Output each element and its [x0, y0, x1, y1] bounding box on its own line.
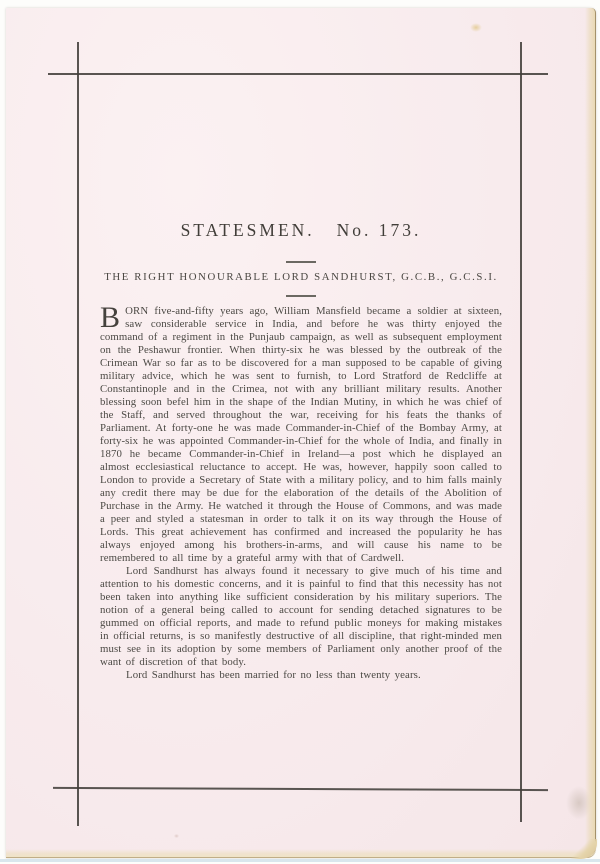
scanned-sheet: STATESMEN.No. 173. THE RIGHT HONOURABLE …: [0, 0, 600, 864]
drop-cap: B: [100, 305, 125, 330]
paragraph-2-text: Lord Sandhurst has always found it neces…: [100, 565, 502, 668]
foxing-spot: [470, 23, 482, 32]
scan-background-edge: [0, 859, 600, 862]
border-rule-right: [520, 42, 522, 822]
paragraph-1: BORN five-and-fifty years ago, William M…: [100, 305, 502, 565]
series-number: No. 173.: [337, 220, 422, 240]
paragraph-3: Lord Sandhurst has been married for no l…: [100, 669, 502, 682]
paper-edge-bottom: [6, 849, 596, 858]
border-rule-bottom: [53, 787, 548, 791]
page-title: STATESMEN.No. 173.: [100, 220, 502, 241]
divider-rule-upper: [286, 261, 316, 263]
subject-heading: THE RIGHT HONOURABLE LORD SANDHURST, G.C…: [100, 271, 502, 283]
paper-edge-right: [585, 8, 596, 858]
paragraph-3-text: Lord Sandhurst has been married for no l…: [126, 669, 421, 681]
torn-corner-bottom-right: [571, 839, 597, 859]
document-page: STATESMEN.No. 173. THE RIGHT HONOURABLE …: [6, 8, 596, 858]
paragraph-1-text: ORN five-and-fifty years ago, William Ma…: [100, 305, 502, 564]
border-rule-left: [77, 42, 79, 826]
border-rule-top: [48, 73, 548, 75]
series-title: STATESMEN.: [181, 220, 315, 240]
paragraph-2: Lord Sandhurst has always found it neces…: [100, 565, 502, 669]
paper-speck: [174, 834, 179, 838]
article-body: BORN five-and-fifty years ago, William M…: [100, 305, 502, 682]
divider-rule-lower: [286, 295, 316, 297]
